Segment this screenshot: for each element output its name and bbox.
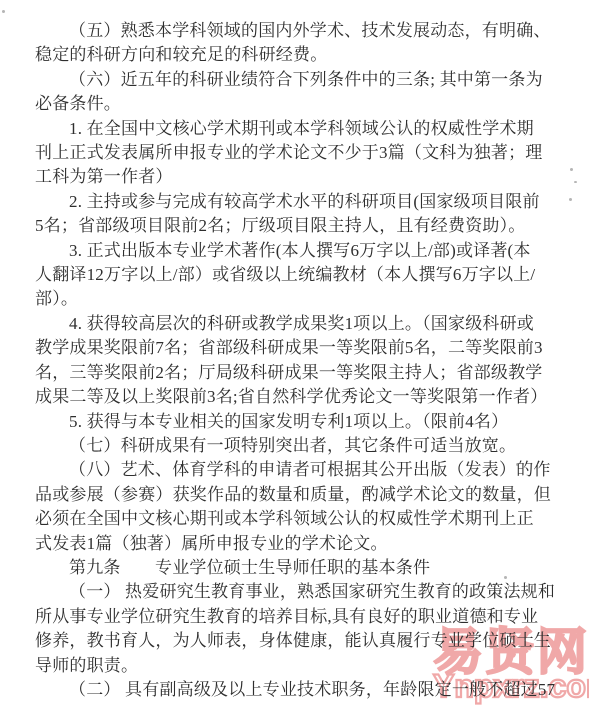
text-line: 4. 获得较高层次的科研或教学成果奖1项以上。（国家级科研或 xyxy=(35,312,561,336)
text-line: 5. 获得与本专业相关的国家发明专利1项以上。（限前4名） xyxy=(35,410,561,434)
text-line: 教学成果奖限前7名；省部级科研成果一等奖限前5名，二等奖限前3 xyxy=(35,336,561,360)
text-line: 成果二等及以上奖限前3名;省自然科学优秀论文一等奖限第一作者） xyxy=(35,385,561,409)
text-line: 2. 主持或参与完成有较高学术水平的科研项目(国家级项目限前 xyxy=(35,190,561,214)
text-line: 品或参展（参赛）获奖作品的数量和质量，酌减学术论文的数量，但 xyxy=(35,483,561,507)
text-line: 修养，教书育人，为人师表，身体健康，能认真履行专业学位硕士生 xyxy=(35,629,561,653)
text-line: 部）。 xyxy=(35,287,561,311)
text-line: （八）艺术、体育学科的申请者可根据其公开出版（发表）的作 xyxy=(35,458,561,482)
text-line: （六）近五年的科研业绩符合下列条件中的三条; 其中第一条为 xyxy=(35,68,561,92)
scan-speck xyxy=(504,576,507,579)
text-line: （二） 具有副高级及以上专业技术职务，年龄限定一般不超过57 xyxy=(35,678,561,702)
scan-speck xyxy=(574,181,577,183)
text-line: 必须在全国中文核心期刊或本学科领域公认的权威性学术期刊上正 xyxy=(35,507,561,531)
text-line: 人翻译12万字以上/部）或省级以上统编教材（本人撰写6万字以上/ xyxy=(35,263,561,287)
scan-speck xyxy=(516,463,519,466)
text-line: 所从事专业学位研究生教育的培养目标,具有良好的职业道德和专业 xyxy=(35,605,561,629)
text-line: 刊上正式发表属所申报专业的学术论文不少于3篇（文科为独著；理 xyxy=(35,141,561,165)
text-line: 式发表1篇（独著）属所申报专业的学术论文。 xyxy=(35,532,561,556)
text-line: 1. 在全国中文核心学术期刊或本学科领域公认的权威性学术期 xyxy=(35,117,561,141)
text-line: 5名；省部级项目限前2名；厅级项目限主持人，且有经费资助）。 xyxy=(35,214,561,238)
article-heading-line: 第九条 专业学位硕士生导师任职的基本条件 xyxy=(35,556,561,580)
text-line: 导师的职责。 xyxy=(35,654,561,678)
scan-speck xyxy=(2,10,5,13)
text-line: 工科为第一作者） xyxy=(35,165,561,189)
text-line: 名，三等奖限前2名；厅局级科研成果一等奖限主持人；省部级教学 xyxy=(35,361,561,385)
text-line: （一） 热爱研究生教育事业，熟悉国家研究生教育的政策法规和 xyxy=(35,580,561,604)
scan-speck xyxy=(569,198,572,201)
scan-speck xyxy=(570,168,573,171)
text-line: 必备条件。 xyxy=(35,92,561,116)
text-line: 稳定的科研方向和较充足的科研经费。 xyxy=(35,43,561,67)
text-line: （五）熟悉本学科领域的国内外学术、技术发展动态，有明确、 xyxy=(35,19,561,43)
document-text-block: （五）熟悉本学科领域的国内外学术、技术发展动态，有明确、 稳定的科研方向和较充足… xyxy=(35,19,561,702)
document-page: 易贤网 Ynpxrz.com （五）熟悉本学科领域的国内外学术、技术发展动态，有… xyxy=(0,0,589,711)
text-line: 3. 正式出版本专业学术著作(本人撰写6万字以上/部)或译著(本 xyxy=(35,239,561,263)
text-line: （七）科研成果有一项特别突出者，其它条件可适当放宽。 xyxy=(35,434,561,458)
